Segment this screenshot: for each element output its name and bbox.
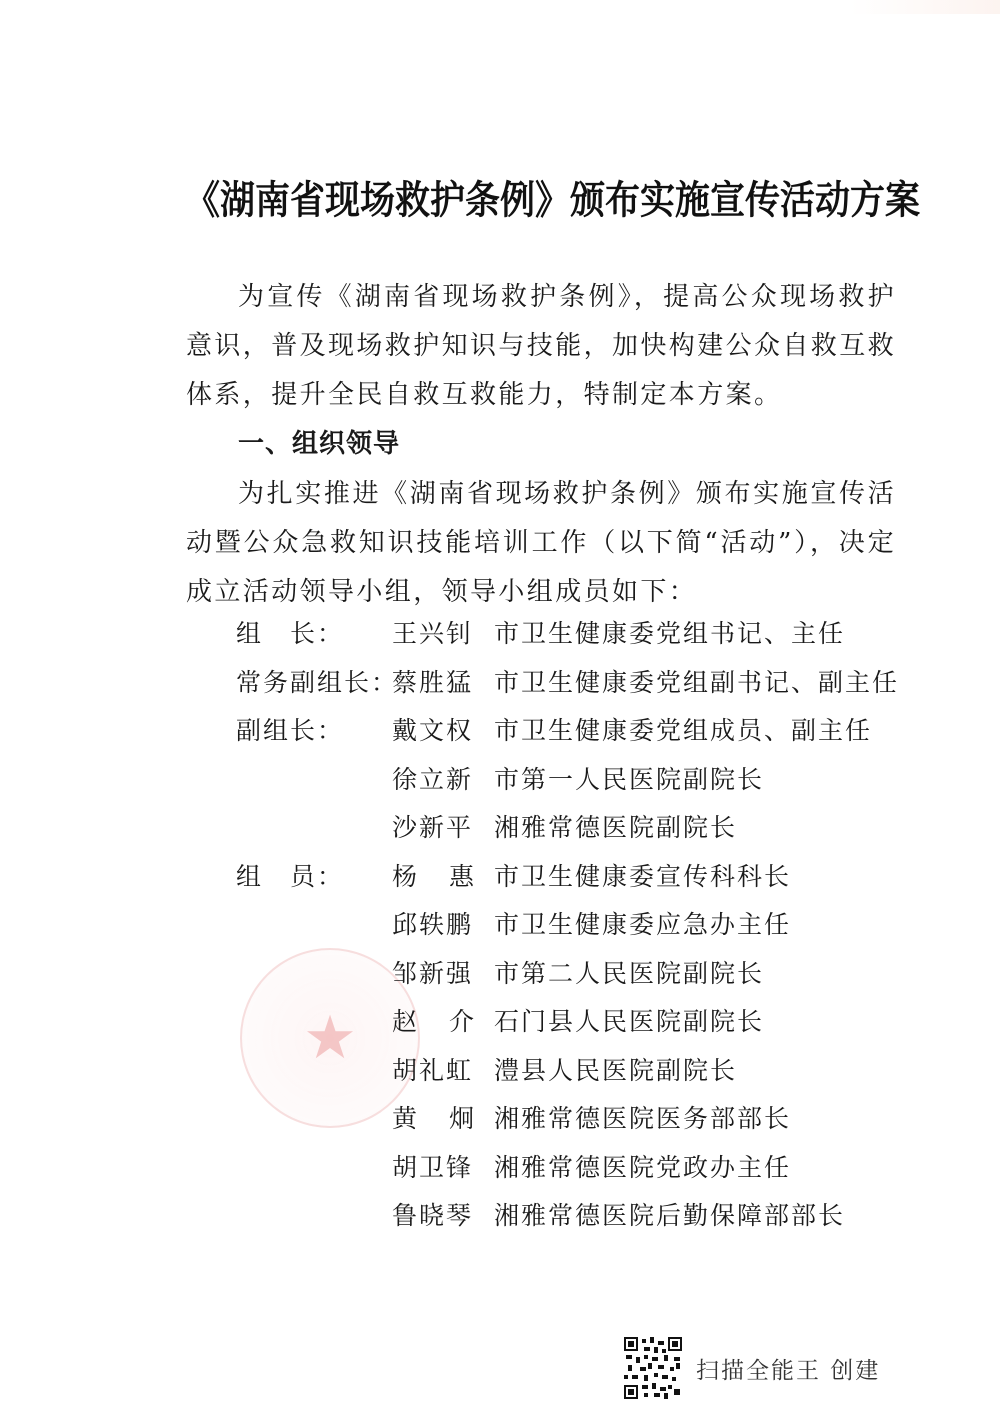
section-heading: 一、组织领导 <box>238 423 400 460</box>
member-name: 鲁晓琴 <box>392 1194 476 1238</box>
member-row: 副组长： 戴文权 市卫生健康委党组成员、副主任 <box>236 709 936 758</box>
member-name: 黄炯 <box>392 1097 476 1141</box>
member-row: 组 长： 王兴钊 市卫生健康委党组书记、主任 <box>236 612 936 661</box>
member-position: 市卫生健康委党组成员、副主任 <box>494 709 872 753</box>
member-name: 沙新平 <box>392 806 476 850</box>
member-role: 组 员： <box>236 855 344 899</box>
member-position: 湘雅常德医院副院长 <box>494 806 737 850</box>
member-row: 赵介 石门县人民医院副院长 <box>236 1000 936 1049</box>
qr-code-icon[interactable] <box>624 1337 682 1399</box>
member-role: 副组长： <box>236 709 344 753</box>
member-name: 徐立新 <box>392 758 476 802</box>
member-name: 戴文权 <box>392 709 476 753</box>
member-name: 胡礼虹 <box>392 1049 476 1093</box>
member-name: 邹新强 <box>392 952 476 996</box>
member-role: 常务副组长： <box>236 661 398 705</box>
member-row: 邹新强 市第二人民医院副院长 <box>236 952 936 1001</box>
member-name: 邱轶鹏 <box>392 903 476 947</box>
intro-paragraph: 为宣传《湖南省现场救护条例》，提高公众现场救护意识，普及现场救护知识与技能，加快… <box>186 273 896 420</box>
member-position: 石门县人民医院副院长 <box>494 1000 764 1044</box>
member-list: 组 长： 王兴钊 市卫生健康委党组书记、主任 常务副组长： 蔡胜猛 市卫生健康委… <box>236 612 936 1243</box>
member-name: 蔡胜猛 <box>392 661 476 705</box>
member-position: 湘雅常德医院医务部部长 <box>494 1097 791 1141</box>
member-position: 市第二人民医院副院长 <box>494 952 764 996</box>
member-position: 澧县人民医院副院长 <box>494 1049 737 1093</box>
member-position: 市卫生健康委党组副书记、副主任 <box>494 661 899 705</box>
member-row: 徐立新 市第一人民医院副院长 <box>236 758 936 807</box>
member-row: 黄炯 湘雅常德医院医务部部长 <box>236 1097 936 1146</box>
member-row: 沙新平 湘雅常德医院副院长 <box>236 806 936 855</box>
member-name: 王兴钊 <box>392 612 476 656</box>
member-row: 组 员： 杨惠 市卫生健康委宣传科科长 <box>236 855 936 904</box>
member-position: 市卫生健康委党组书记、主任 <box>494 612 845 656</box>
member-name: 赵介 <box>392 1000 476 1044</box>
scan-edge-artifact <box>850 0 1000 14</box>
member-name: 胡卫锋 <box>392 1146 476 1190</box>
member-row: 鲁晓琴 湘雅常德医院后勤保障部部长 <box>236 1194 936 1243</box>
member-position: 湘雅常德医院后勤保障部部长 <box>494 1194 845 1238</box>
member-name: 杨惠 <box>392 855 476 899</box>
member-position: 市第一人民医院副院长 <box>494 758 764 802</box>
scanner-watermark: 扫描全能王 创建 <box>624 1340 880 1396</box>
document-title: 《湖南省现场救护条例》颁布实施宣传活动方案 <box>185 170 905 226</box>
watermark-text: 扫描全能王 创建 <box>696 1352 880 1385</box>
section-paragraph: 为扎实推进《湖南省现场救护条例》颁布实施宣传活动暨公众急救知识技能培训工作（以下… <box>186 470 896 617</box>
member-position: 湘雅常德医院党政办主任 <box>494 1146 791 1190</box>
member-role: 组 长： <box>236 612 344 656</box>
member-position: 市卫生健康委应急办主任 <box>494 903 791 947</box>
member-row: 胡卫锋 湘雅常德医院党政办主任 <box>236 1146 936 1195</box>
member-row: 邱轶鹏 市卫生健康委应急办主任 <box>236 903 936 952</box>
member-row: 胡礼虹 澧县人民医院副院长 <box>236 1049 936 1098</box>
member-row: 常务副组长： 蔡胜猛 市卫生健康委党组副书记、副主任 <box>236 661 936 710</box>
member-position: 市卫生健康委宣传科科长 <box>494 855 791 899</box>
